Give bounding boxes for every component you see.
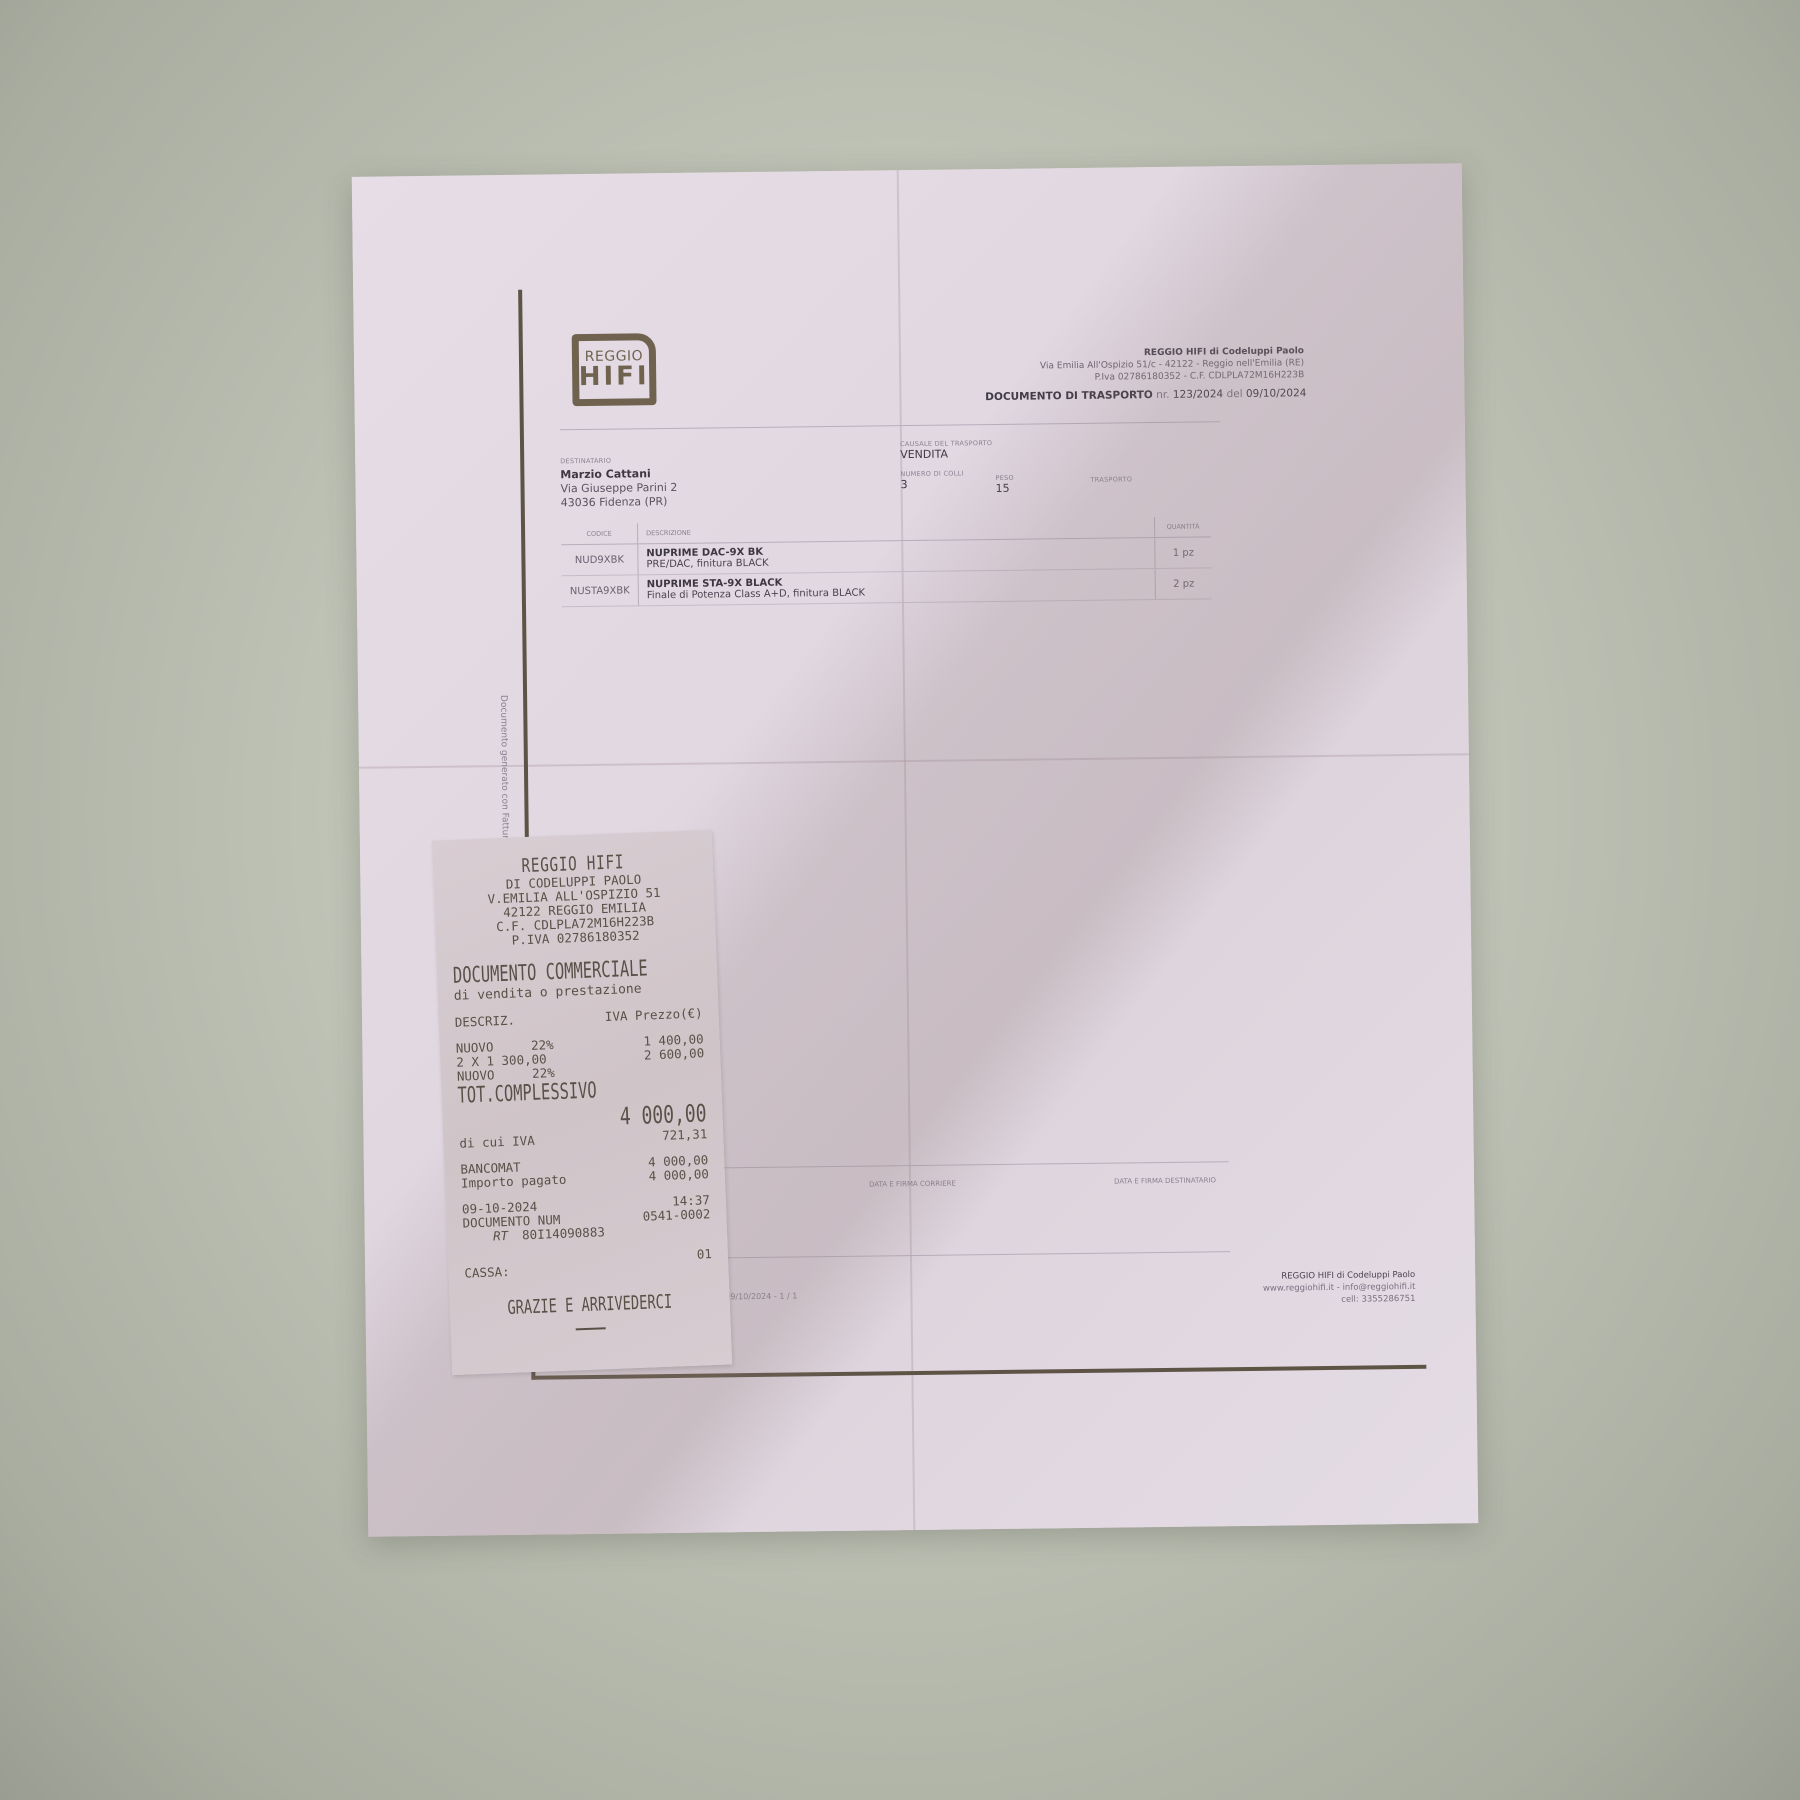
doc-num: 0541-0002 [642, 1207, 710, 1224]
col-desc: DESCRIZ. [455, 1014, 516, 1030]
document-number: 123/2024 [1173, 388, 1223, 401]
recipient-signature-label: DATA E FIRMA DESTINATARIO [1114, 1176, 1216, 1185]
receipt-thanks: GRAZIE E ARRIVEDERCI [500, 1290, 679, 1319]
peso-value: 15 [996, 482, 1015, 495]
causale-value: VENDITA [900, 447, 992, 461]
receipt-columns: DESCRIZ. IVA Prezzo(€) [455, 1006, 703, 1030]
recipient-name: Marzio Cattani [560, 467, 677, 482]
item-qty: 2 pz [1155, 568, 1212, 600]
colli-label: NUMERO DI COLLI [900, 469, 963, 478]
receipt-end-dash [576, 1327, 606, 1330]
packages-count: NUMERO DI COLLI 3 [900, 469, 964, 491]
item-code: NUD9XBK [561, 544, 638, 576]
header-quantity: QUANTITÀ [1154, 516, 1211, 537]
col-price: Prezzo(€) [635, 1005, 703, 1023]
colli-value: 3 [900, 477, 963, 491]
del-label: del [1226, 388, 1242, 400]
line-price [704, 1060, 705, 1074]
weight: PESO 15 [995, 474, 1014, 495]
company-header: REGGIO HIFI di Codeluppi Paolo Via Emili… [1040, 345, 1304, 384]
transport-reason: CAUSALE DEL TRASPORTO VENDITA [900, 439, 993, 461]
recipient-street: Via Giuseppe Parini 2 [560, 481, 677, 496]
reggio-hifi-logo: REGGIO HIFI [572, 333, 657, 406]
peso-label: PESO [995, 474, 1014, 482]
header-code: CODICE [561, 523, 638, 544]
footer-cell: cell: 3355286751 [1263, 1293, 1416, 1307]
vat-value: 721,31 [662, 1127, 708, 1143]
nr-label: nr. [1156, 389, 1170, 401]
cassa-row: CASSA: 01 [464, 1247, 713, 1281]
cassa-value: 01 [697, 1247, 713, 1272]
document-title: DOCUMENTO DI TRASPORTO nr. 123/2024 del … [985, 387, 1306, 403]
item-qty: 1 pz [1155, 537, 1212, 569]
vat-label: di cui IVA [459, 1134, 535, 1151]
footer-company: REGGIO HIFI di Codeluppi Paolo www.reggi… [1263, 1269, 1416, 1307]
divider [560, 421, 1220, 430]
fold-line-vertical [897, 170, 916, 1530]
document-date: 09/10/2024 [1246, 387, 1307, 400]
frame-border-bottom [531, 1365, 1426, 1380]
rt-code: 80I14090883 [522, 1225, 605, 1242]
logo-line2: HIFI [579, 363, 650, 390]
item-description-cell: NUPRIME STA-9X BLACK Finale di Potenza C… [638, 569, 1155, 606]
courier-signature-label: DATA E FIRMA CORRIERE [869, 1180, 956, 1189]
recipient-city: 43036 Fidenza (PR) [561, 495, 678, 510]
table-row: NUSTA9XBK NUPRIME STA-9X BLACK Finale di… [562, 568, 1212, 607]
items-table: CODICE DESCRIZIONE QUANTITÀ NUD9XBK NUPR… [561, 516, 1212, 607]
rt-logo-icon: RT [493, 1229, 509, 1244]
footer-divider [710, 1251, 1230, 1258]
line-iva: 22% [532, 1065, 555, 1081]
paid-amount: 4 000,00 [648, 1167, 709, 1183]
paid-label: Importo pagato [461, 1173, 567, 1191]
recipient-block: DESTINATARIO Marzio Cattani Via Giuseppe… [560, 453, 678, 510]
fiscal-receipt: REGGIO HIFI DI CODELUPPI PAOLO V.EMILIA … [432, 830, 732, 1375]
line-desc: NUOVO [457, 1067, 495, 1083]
signature-divider [709, 1161, 1229, 1168]
recipient-label: DESTINATARIO [560, 453, 677, 468]
item-code: NUSTA9XBK [562, 575, 639, 607]
cassa-label: CASSA: [464, 1265, 510, 1281]
transport-label: TRASPORTO [1090, 475, 1132, 484]
line-price: 2 600,00 [644, 1046, 705, 1062]
document-type: DOCUMENTO DI TRASPORTO [985, 389, 1153, 403]
col-iva: IVA [605, 1008, 628, 1024]
